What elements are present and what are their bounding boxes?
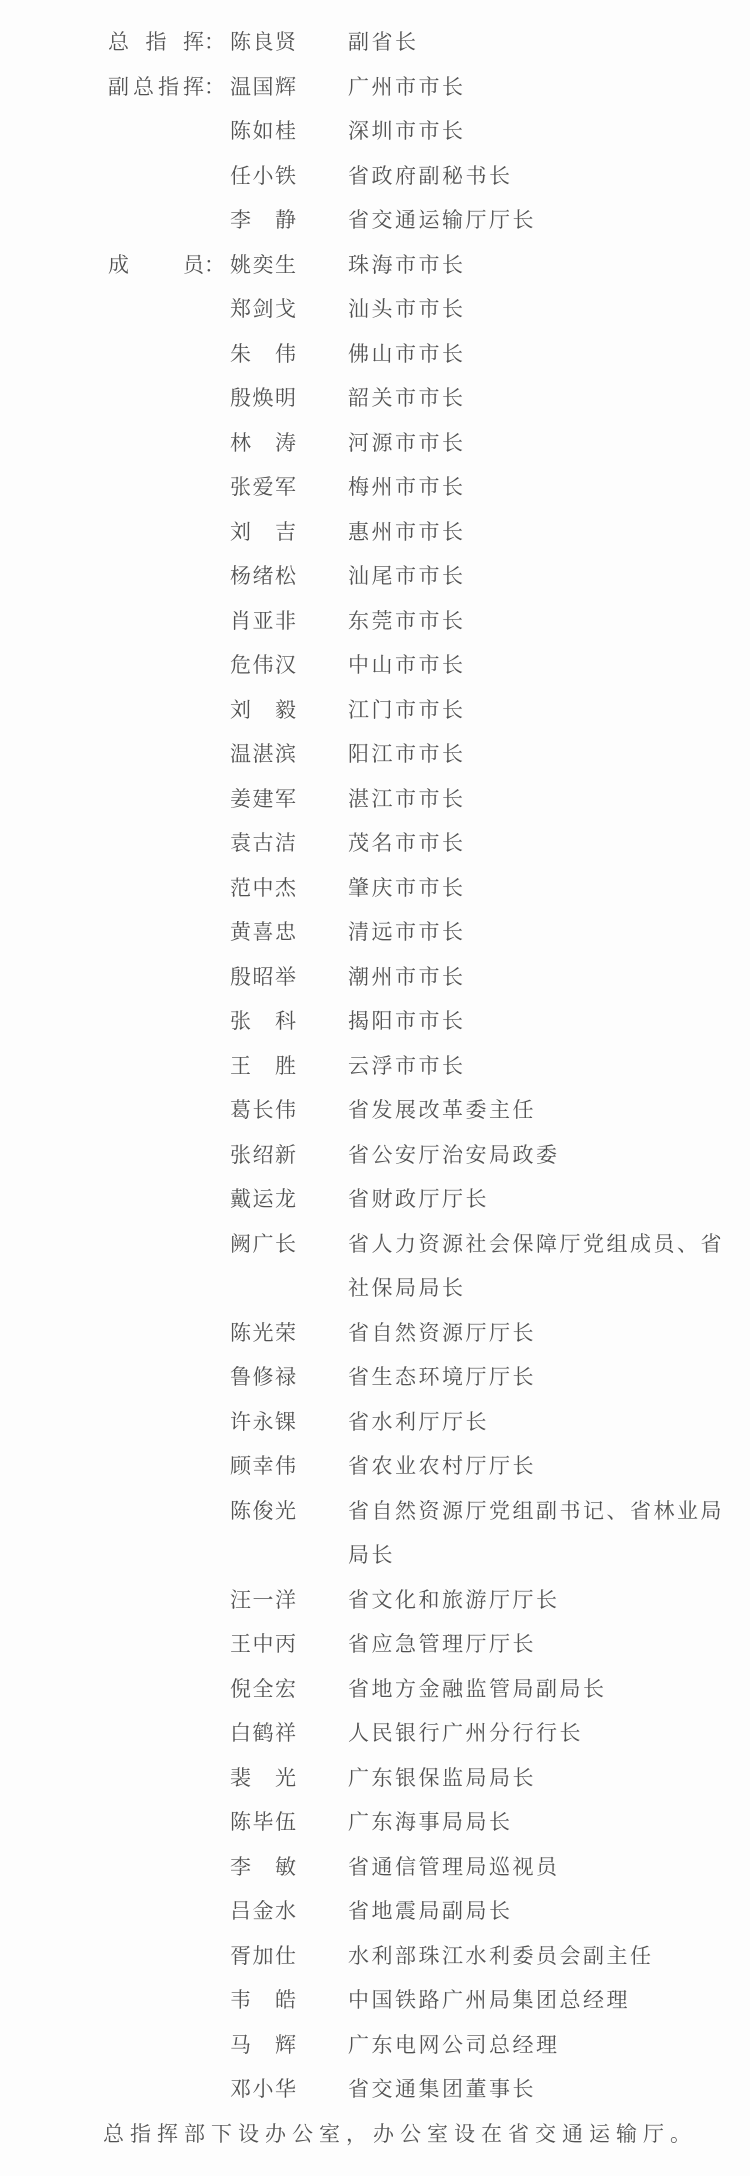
member-title: 省人力资源社会保障厅党组成员、省社保局局长 [348,1222,730,1311]
roster-row: 成员： 肖亚非 东莞市市长 [0,599,750,644]
member-title: 广东银保监局局长 [348,1756,730,1801]
member-name: 陈俊光 [230,1489,296,1534]
roster-row: 成员： 戴运龙 省财政厅厅长 [0,1177,750,1222]
member-name: 林涛 [230,421,296,466]
member-name: 杨绪松 [230,554,296,599]
roster-row: 成员： 朱伟 佛山市市长 [0,332,750,377]
roster-row: 成员： 阙广长 省人力资源社会保障厅党组成员、省社保局局长 [0,1222,750,1311]
member-title: 汕头市市长 [348,287,730,332]
roster-row: 成员： 汪一洋 省文化和旅游厅厅长 [0,1578,750,1623]
member-title: 江门市市长 [348,688,730,733]
member-title: 中国铁路广州局集团总经理 [348,1978,730,2023]
roster-row: 成员： 姜建军 湛江市市长 [0,777,750,822]
member-name: 任小铁 [230,154,296,199]
role-label-colon: ： [204,20,225,65]
member-name: 肖亚非 [230,599,296,644]
roster-row: 成员： 裴光 广东银保监局局长 [0,1756,750,1801]
roster-row: 成员： 胥加仕 水利部珠江水利委员会副主任 [0,1934,750,1979]
member-name: 朱伟 [230,332,296,377]
roster-row: 副总指挥： 任小铁 省政府副秘书长 [0,154,750,199]
roster-row: 成员： 陈毕伍 广东海事局局长 [0,1800,750,1845]
member-name: 李敏 [230,1845,296,1890]
member-title: 省公安厅治安局政委 [348,1133,730,1178]
role-label-colon: ： [204,65,225,110]
roster-row: 成员： 杨绪松 汕尾市市长 [0,554,750,599]
roster-row: 成员： 顾幸伟 省农业农村厅厅长 [0,1444,750,1489]
member-title: 省水利厅厅长 [348,1400,730,1445]
member-name: 黄喜忠 [230,910,296,955]
member-title: 省生态环境厅厅长 [348,1355,730,1400]
member-name: 陈毕伍 [230,1800,296,1845]
role-label-text: 副总指挥 [108,65,204,110]
roster-row: 成员： 王胜 云浮市市长 [0,1044,750,1089]
roster-row: 成员： 林涛 河源市市长 [0,421,750,466]
member-name: 阙广长 [230,1222,296,1267]
roster-row: 成员： 陈俊光 省自然资源厅党组副书记、省林业局局长 [0,1489,750,1578]
role-label: 副总指挥： [108,65,225,110]
member-title: 深圳市市长 [348,109,730,154]
roster-row: 成员： 韦皓 中国铁路广州局集团总经理 [0,1978,750,2023]
member-name: 温国辉 [230,65,296,110]
role-label-text: 总指挥 [108,20,204,65]
roster-row: 成员： 马辉 广东电网公司总经理 [0,2023,750,2068]
member-name: 陈光荣 [230,1311,296,1356]
roster-row: 副总指挥： 李静 省交通运输厅厅长 [0,198,750,243]
member-title: 省交通集团董事长 [348,2067,730,2112]
member-title: 中山市市长 [348,643,730,688]
roster-row: 成员： 危伟汉 中山市市长 [0,643,750,688]
member-name: 危伟汉 [230,643,296,688]
member-title: 清远市市长 [348,910,730,955]
member-name: 顾幸伟 [230,1444,296,1489]
member-title: 省发展改革委主任 [348,1088,730,1133]
roster-row: 成员： 王中丙 省应急管理厅厅长 [0,1622,750,1667]
roster-list: 总指挥： 陈良贤 副省长 副总指挥： 温国辉 广州市市长 副总指挥： 陈如桂 深… [0,20,750,2112]
member-name: 姚奕生 [230,243,296,288]
member-name: 刘吉 [230,510,296,555]
member-name: 汪一洋 [230,1578,296,1623]
role-label-colon: ： [204,243,225,288]
roster-row: 成员： 白鹤祥 人民银行广州分行行长 [0,1711,750,1756]
roster-row: 成员： 邓小华 省交通集团董事长 [0,2067,750,2112]
member-title: 东莞市市长 [348,599,730,644]
roster-row: 成员： 陈光荣 省自然资源厅厅长 [0,1311,750,1356]
member-name: 李静 [230,198,296,243]
roster-row: 成员： 刘吉 惠州市市长 [0,510,750,555]
member-name: 陈良贤 [230,20,296,65]
member-name: 殷焕明 [230,376,296,421]
roster-row: 成员： 姚奕生 珠海市市长 [0,243,750,288]
member-title: 省通信管理局巡视员 [348,1845,730,1890]
member-name: 胥加仕 [230,1934,296,1979]
roster-row: 成员： 殷焕明 韶关市市长 [0,376,750,421]
roster-row: 成员： 郑剑戈 汕头市市长 [0,287,750,332]
member-title: 珠海市市长 [348,243,730,288]
member-name: 马辉 [230,2023,296,2068]
member-title: 广东海事局局长 [348,1800,730,1845]
member-title: 佛山市市长 [348,332,730,377]
member-name: 白鹤祥 [230,1711,296,1756]
member-title: 省应急管理厅厅长 [348,1622,730,1667]
member-name: 王中丙 [230,1622,296,1667]
member-name: 郑剑戈 [230,287,296,332]
member-title: 湛江市市长 [348,777,730,822]
member-name: 邓小华 [230,2067,296,2112]
member-title: 潮州市市长 [348,955,730,1000]
member-title: 河源市市长 [348,421,730,466]
role-label: 成员： [108,243,225,288]
member-name: 戴运龙 [230,1177,296,1222]
member-title: 云浮市市长 [348,1044,730,1089]
role-label: 总指挥： [108,20,225,65]
roster-row: 成员： 吕金水 省地震局副局长 [0,1889,750,1934]
member-name: 葛长伟 [230,1088,296,1133]
role-label-text: 成员 [108,243,204,288]
member-name: 许永锞 [230,1400,296,1445]
member-name: 范中杰 [230,866,296,911]
member-title: 茂名市市长 [348,821,730,866]
member-title: 副省长 [348,20,730,65]
roster-row: 成员： 袁古洁 茂名市市长 [0,821,750,866]
roster-row: 成员： 范中杰 肇庆市市长 [0,866,750,911]
member-name: 张爱军 [230,465,296,510]
member-name: 倪全宏 [230,1667,296,1712]
member-title: 省文化和旅游厅厅长 [348,1578,730,1623]
roster-row: 成员： 殷昭举 潮州市市长 [0,955,750,1000]
member-title: 肇庆市市长 [348,866,730,911]
member-title: 揭阳市市长 [348,999,730,1044]
member-title: 省自然资源厅厅长 [348,1311,730,1356]
member-title: 阳江市市长 [348,732,730,777]
member-title: 省财政厅厅长 [348,1177,730,1222]
roster-row: 成员： 刘毅 江门市市长 [0,688,750,733]
roster-row: 成员： 鲁修禄 省生态环境厅厅长 [0,1355,750,1400]
roster-row: 成员： 许永锞 省水利厅厅长 [0,1400,750,1445]
roster-row: 成员： 温湛滨 阳江市市长 [0,732,750,777]
member-name: 张绍新 [230,1133,296,1178]
member-name: 鲁修禄 [230,1355,296,1400]
roster-row: 成员： 张绍新 省公安厅治安局政委 [0,1133,750,1178]
member-name: 吕金水 [230,1889,296,1934]
member-title: 省地震局副局长 [348,1889,730,1934]
roster-row: 副总指挥： 温国辉 广州市市长 [0,65,750,110]
member-title: 省农业农村厅厅长 [348,1444,730,1489]
member-name: 王胜 [230,1044,296,1089]
member-name: 韦皓 [230,1978,296,2023]
member-title: 惠州市市长 [348,510,730,555]
member-title: 梅州市市长 [348,465,730,510]
member-name: 姜建军 [230,777,296,822]
member-name: 温湛滨 [230,732,296,777]
member-title: 广州市市长 [348,65,730,110]
member-name: 袁古洁 [230,821,296,866]
member-title: 省交通运输厅厅长 [348,198,730,243]
document-page: 总指挥： 陈良贤 副省长 副总指挥： 温国辉 广州市市长 副总指挥： 陈如桂 深… [0,0,750,2176]
member-name: 裴光 [230,1756,296,1801]
roster-row: 成员： 葛长伟 省发展改革委主任 [0,1088,750,1133]
member-title: 汕尾市市长 [348,554,730,599]
roster-row: 总指挥： 陈良贤 副省长 [0,20,750,65]
roster-row: 副总指挥： 陈如桂 深圳市市长 [0,109,750,154]
roster-row: 成员： 倪全宏 省地方金融监管局副局长 [0,1667,750,1712]
member-title: 水利部珠江水利委员会副主任 [348,1934,730,1979]
member-name: 刘毅 [230,688,296,733]
roster-row: 成员： 黄喜忠 清远市市长 [0,910,750,955]
roster-row: 成员： 张科 揭阳市市长 [0,999,750,1044]
member-title: 省自然资源厅党组副书记、省林业局局长 [348,1489,730,1578]
member-name: 陈如桂 [230,109,296,154]
member-title: 人民银行广州分行行长 [348,1711,730,1756]
member-title: 广东电网公司总经理 [348,2023,730,2068]
roster-row: 成员： 张爱军 梅州市市长 [0,465,750,510]
office-note: 总指挥部下设办公室，办公室设在省交通运输厅。 [0,2112,750,2157]
member-title: 省地方金融监管局副局长 [348,1667,730,1712]
member-name: 殷昭举 [230,955,296,1000]
member-title: 省政府副秘书长 [348,154,730,199]
roster-row: 成员： 李敏 省通信管理局巡视员 [0,1845,750,1890]
member-name: 张科 [230,999,296,1044]
member-title: 韶关市市长 [348,376,730,421]
